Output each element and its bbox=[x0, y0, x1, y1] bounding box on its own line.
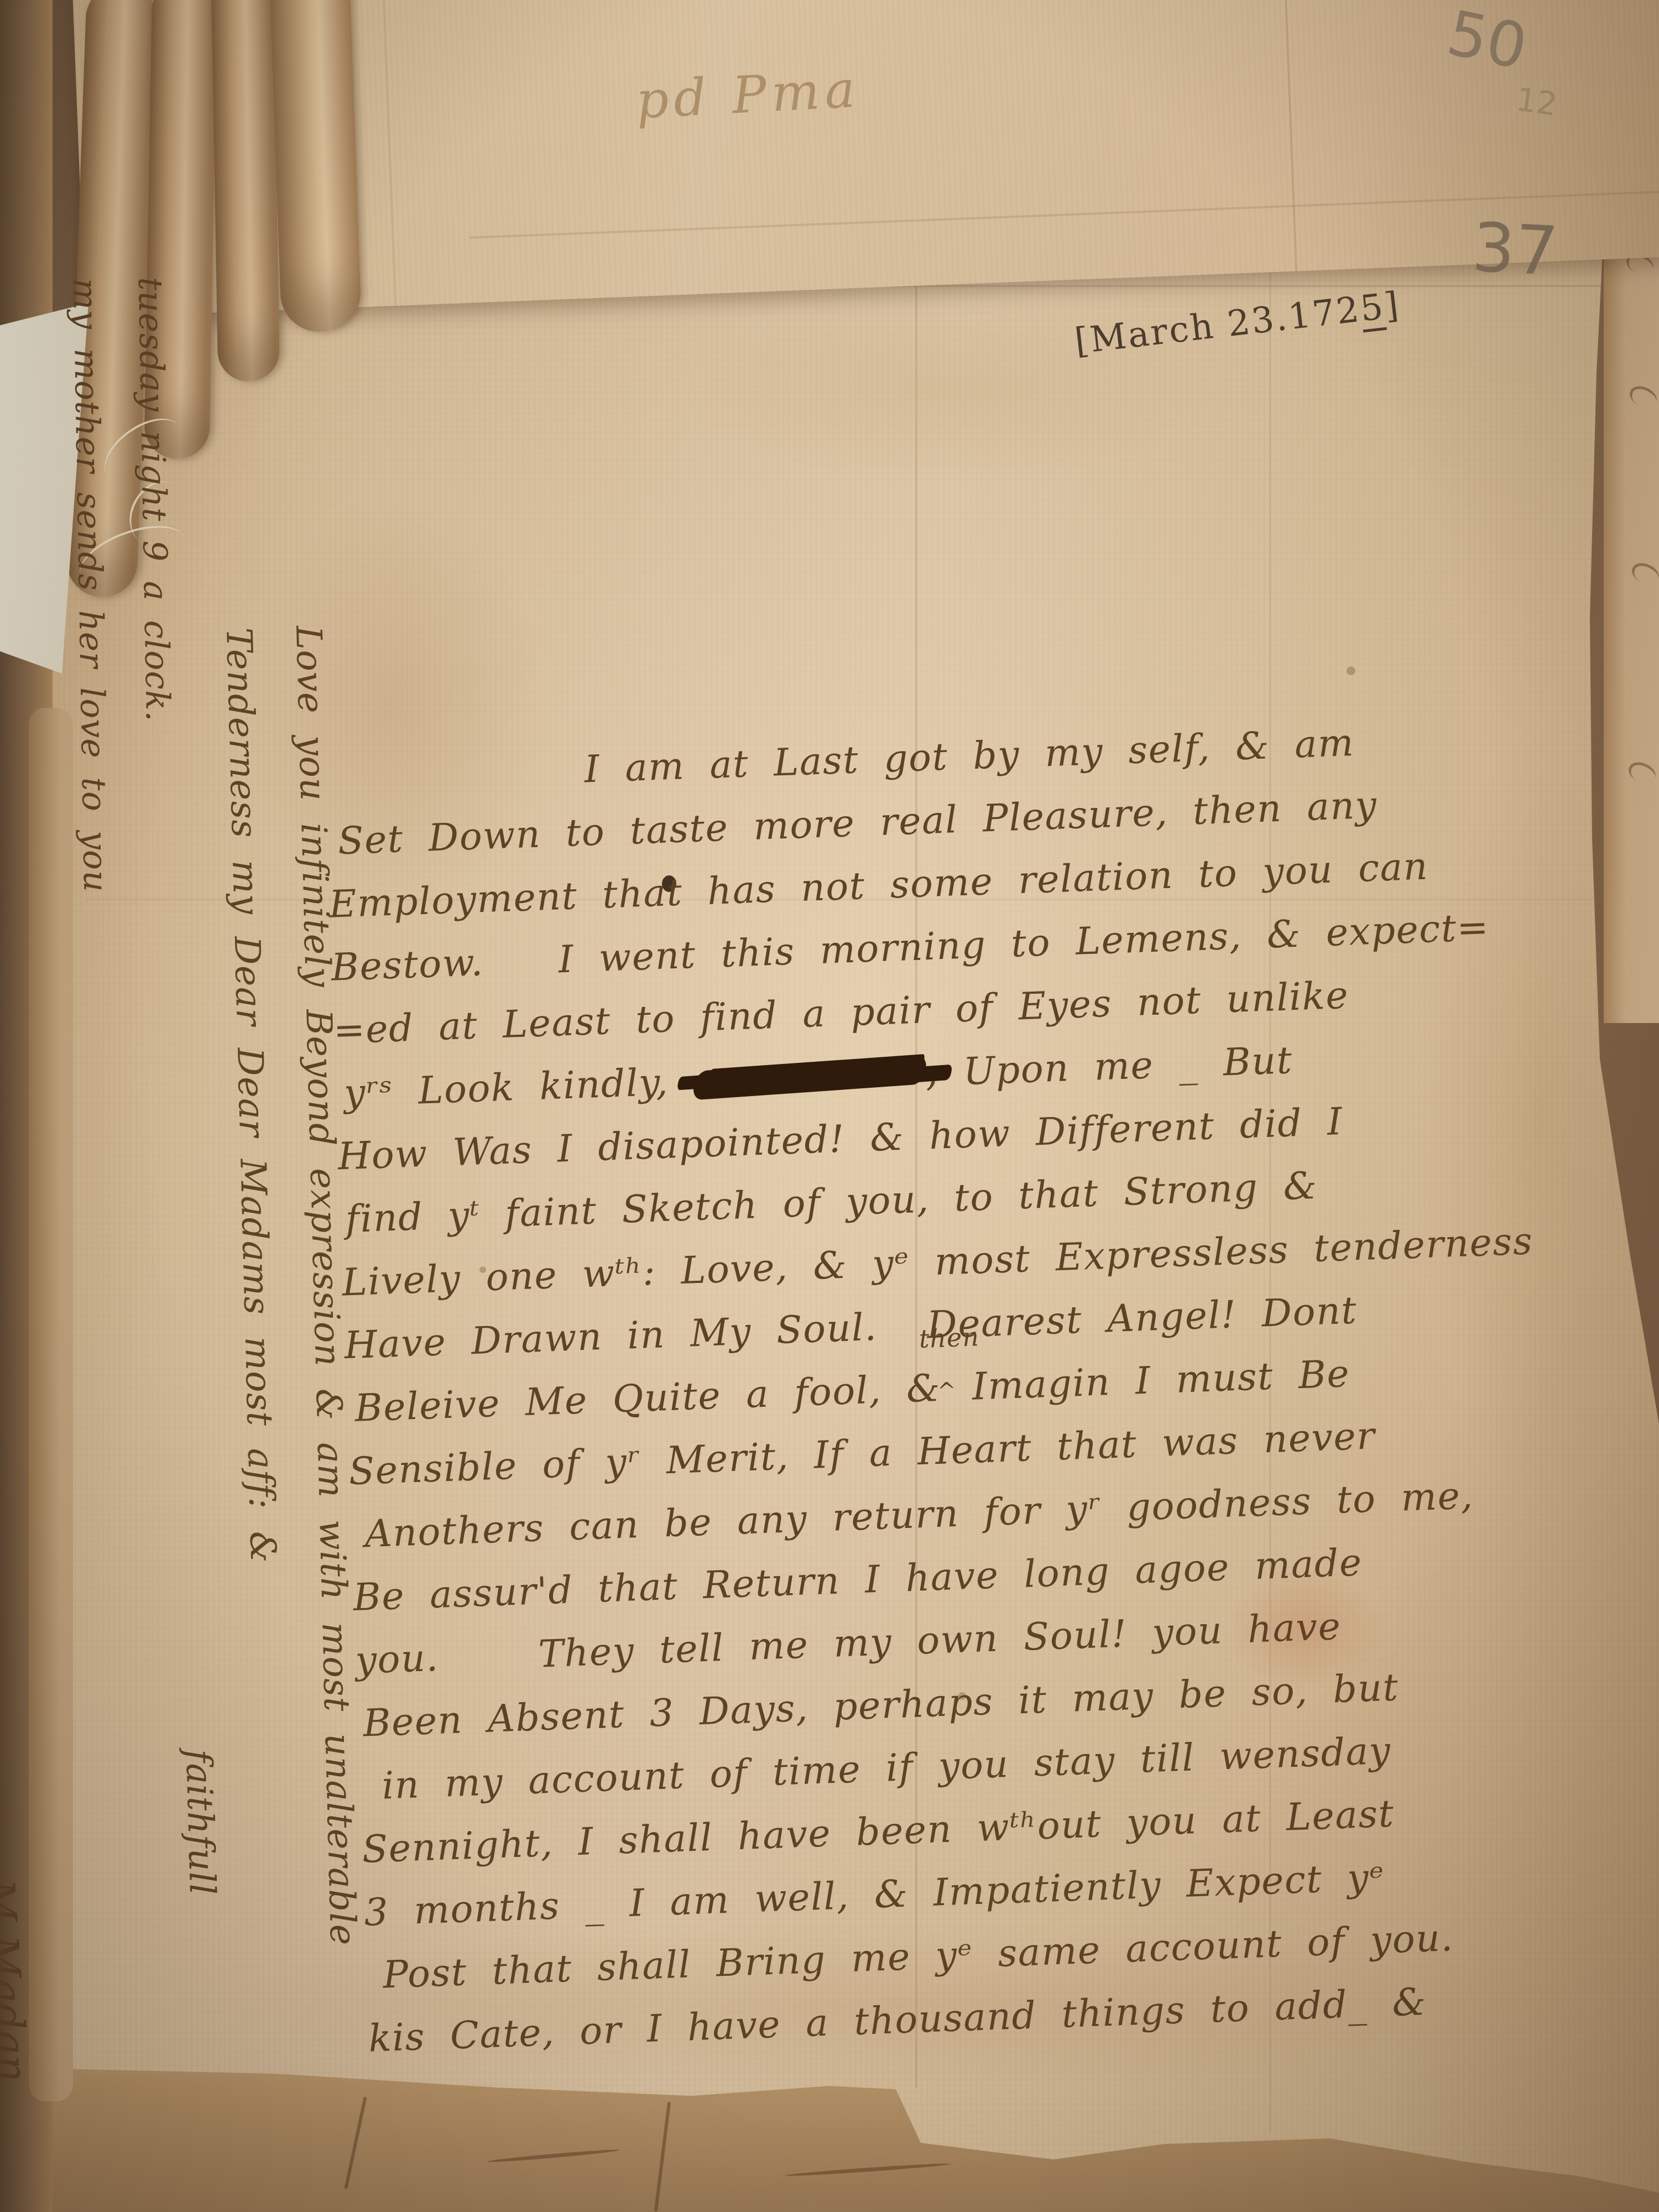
letter-body: I am at Last got by my self, & am Set Do… bbox=[324, 701, 1659, 2070]
under-sheet-stroke bbox=[487, 2148, 619, 2164]
edge-writing-fragment bbox=[1626, 382, 1659, 411]
under-sheet-stroke bbox=[785, 2162, 951, 2178]
line-text: yʳˢ Look kindly, bbox=[343, 1061, 669, 1115]
edge-writing-fragment bbox=[1629, 559, 1659, 588]
upper-sheet-crease bbox=[382, 0, 397, 306]
curled-page-edge bbox=[269, 0, 362, 333]
verso-docket-fragment: pd Pma bbox=[634, 59, 861, 130]
under-sheet-stroke bbox=[654, 2101, 671, 2211]
insertion-caret: ^ bbox=[936, 1359, 958, 1423]
margin-postscript: tuesday night 9 a clock. my mother sends… bbox=[52, 276, 195, 987]
archival-letter-photo: pd Pma 50 12 37 [March 23.1725] I am at … bbox=[0, 0, 1659, 2212]
under-sheet-stroke bbox=[344, 2096, 367, 2189]
line-text: , Upon me _ But bbox=[925, 1039, 1293, 1095]
line-text: Imagin I must Be bbox=[947, 1352, 1351, 1410]
foxing-dot bbox=[1347, 666, 1355, 675]
folio-number-37: 37 bbox=[1470, 208, 1559, 291]
ink-blot-redaction bbox=[691, 1055, 928, 1100]
line-text: Beleive Me Quite a fool, & bbox=[354, 1366, 941, 1431]
insertion-anchor: then^ bbox=[940, 1363, 947, 1400]
postscript-line: my mother sends her love to you bbox=[52, 278, 129, 987]
curled-page-edge bbox=[211, 0, 280, 382]
postscript-line: tuesday night 9 a clock. bbox=[117, 276, 195, 985]
upper-sheet-crease bbox=[1282, 0, 1297, 271]
folio-number-fragment: 12 bbox=[1514, 80, 1560, 123]
